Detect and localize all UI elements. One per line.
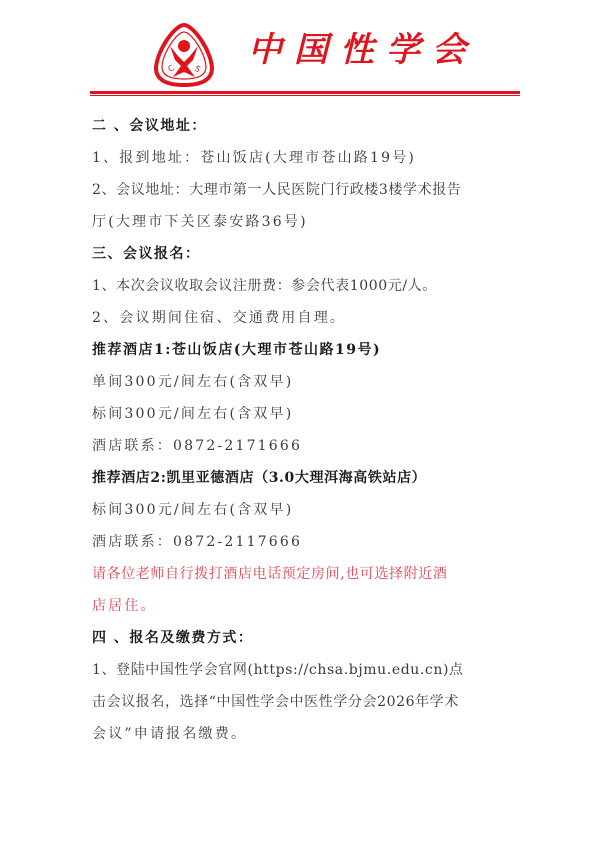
payment-item-continued: 击会议报名，选择“中国性学会中医性学分会2026年学术 [92,686,532,718]
hotel-room-rate: 标间300元/间左右(含双早) [92,398,532,430]
letterhead: C S 中国性学会 [0,0,600,100]
hotel-room-rate: 单间300元/间左右(含双早) [92,366,532,398]
booking-notice-continued: 店居住。 [92,590,532,622]
registration-item: 1、本次会议收取会议注册费：参会代表1000元/人。 [92,270,532,302]
header-divider-thin [90,95,520,96]
venue-item: 2、会议地址：大理市第一人民医院门行政楼3楼学术报告 [92,174,532,206]
hotel-contact: 酒店联系：0872-2171666 [92,430,532,462]
hotel-title: 推荐酒店1:苍山饭店(大理市苍山路19号) [92,334,532,366]
booking-notice: 请各位老师自行拨打酒店电话预定房间,也可选择附近酒 [92,558,532,590]
registration-item: 2、会议期间住宿、交通费用自理。 [92,302,532,334]
venue-item: 1、报到地址：苍山饭店(大理市苍山路19号) [92,142,532,174]
venue-item-continued: 厅(大理市下关区泰安路36号) [92,206,532,238]
hotel-room-rate: 标间300元/间左右(含双早) [92,494,532,526]
document-body: 二 、会议地址： 1、报到地址：苍山饭店(大理市苍山路19号) 2、会议地址：大… [92,110,532,750]
hotel-title: 推荐酒店2:凯里亚德酒店（3.0大理洱海高铁站店） [92,462,532,494]
csa-logo-icon: C S [153,22,215,88]
section-heading-registration: 三、会议报名： [92,238,532,270]
hotel-contact: 酒店联系：0872-2117666 [92,526,532,558]
payment-item: 1、登陆中国性学会官网(https://chsa.bjmu.edu.cn)点 [92,654,532,686]
section-heading-payment: 四 、报名及缴费方式： [92,622,532,654]
brand-title: 中国性学会 [248,30,478,70]
header-divider [90,91,520,94]
section-heading-venue: 二 、会议地址： [92,110,532,142]
payment-item-continued: 会议”申请报名缴费。 [92,718,532,750]
